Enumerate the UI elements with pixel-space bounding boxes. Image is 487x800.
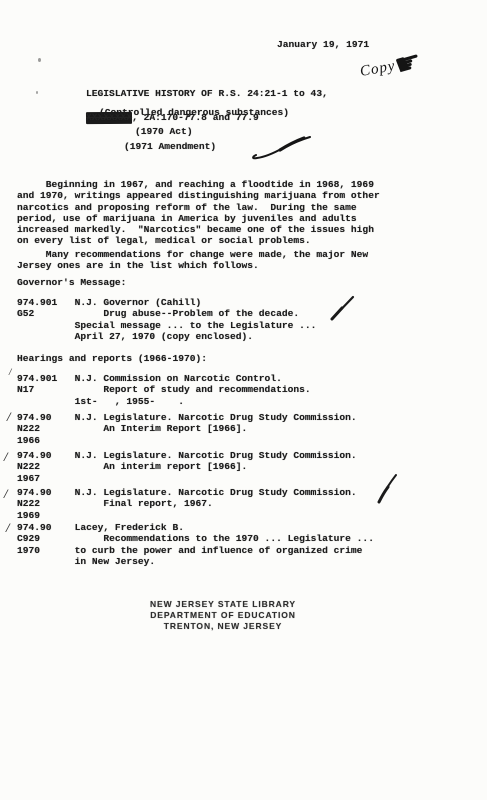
section-heading-governors-message: Governor's Message: bbox=[17, 277, 126, 288]
subtitle-1971-amendment: (1971 Amendment) bbox=[124, 141, 216, 152]
pen-slash-governor-entry bbox=[329, 295, 357, 322]
entry-commission-narcotic-control: 974.901 N.J. Commission on Narcotic Cont… bbox=[17, 373, 311, 407]
entry-interim-report-1966: 974.90 N.J. Legislature. Narcotic Drug S… bbox=[17, 412, 357, 446]
pen-slash-margin-4: / bbox=[4, 486, 8, 502]
pen-slash-margin-3: / bbox=[4, 449, 8, 465]
subtitle-substances: (Controlled dangerous substances) bbox=[99, 107, 289, 118]
entry-final-report-1969: 974.90 N.J. Legislature. Narcotic Drug S… bbox=[17, 487, 357, 521]
title-block: LEGISLATIVE HISTORY OF R.S. 24:21-1 to 4… bbox=[63, 76, 328, 136]
date-line: January 19, 1971 bbox=[277, 39, 369, 50]
paragraph-1: Beginning in 1967, and reaching a floodt… bbox=[17, 179, 380, 247]
entry-lacey-1970: 974.90 Lacey, Frederick B. C929 Recommen… bbox=[17, 522, 374, 567]
pen-swoosh-final-report bbox=[376, 472, 400, 506]
pointing-hand-icon: ☛ bbox=[391, 46, 425, 82]
scan-speck bbox=[36, 91, 38, 94]
pen-swoosh-amendment bbox=[248, 136, 316, 160]
pen-slash-margin-2: / bbox=[7, 409, 11, 425]
library-stamp: NEW JERSEY STATE LIBRARY DEPARTMENT OF E… bbox=[128, 599, 318, 632]
entry-governors-message: 974.901 N.J. Governor (Cahill) G52 Drug … bbox=[17, 297, 316, 342]
subtitle-1970-act: (1970 Act) bbox=[135, 126, 193, 137]
entry-interim-report-1967: 974.90 N.J. Legislature. Narcotic Drug S… bbox=[17, 450, 357, 484]
library-stamp-line-3: TRENTON, NEW JERSEY bbox=[128, 621, 318, 632]
copy-note: Copy bbox=[359, 58, 397, 81]
pen-slash-margin-5: / bbox=[6, 520, 10, 536]
library-stamp-line-2: DEPARTMENT OF EDUCATION bbox=[128, 610, 318, 621]
library-stamp-line-1: NEW JERSEY STATE LIBRARY bbox=[128, 599, 318, 610]
title-line-1: LEGISLATIVE HISTORY OF R.S. 24:21-1 to 4… bbox=[86, 88, 328, 99]
section-heading-hearings: Hearings and reports (1966-1970): bbox=[17, 353, 207, 364]
paragraph-2: Many recommendations for change were mad… bbox=[17, 249, 368, 272]
pen-slash-margin-1: / bbox=[9, 367, 12, 377]
scan-speck bbox=[38, 58, 41, 62]
scanned-document-page: January 19, 1971 Copy ☛ LEGISLATIVE HIST… bbox=[0, 0, 487, 800]
